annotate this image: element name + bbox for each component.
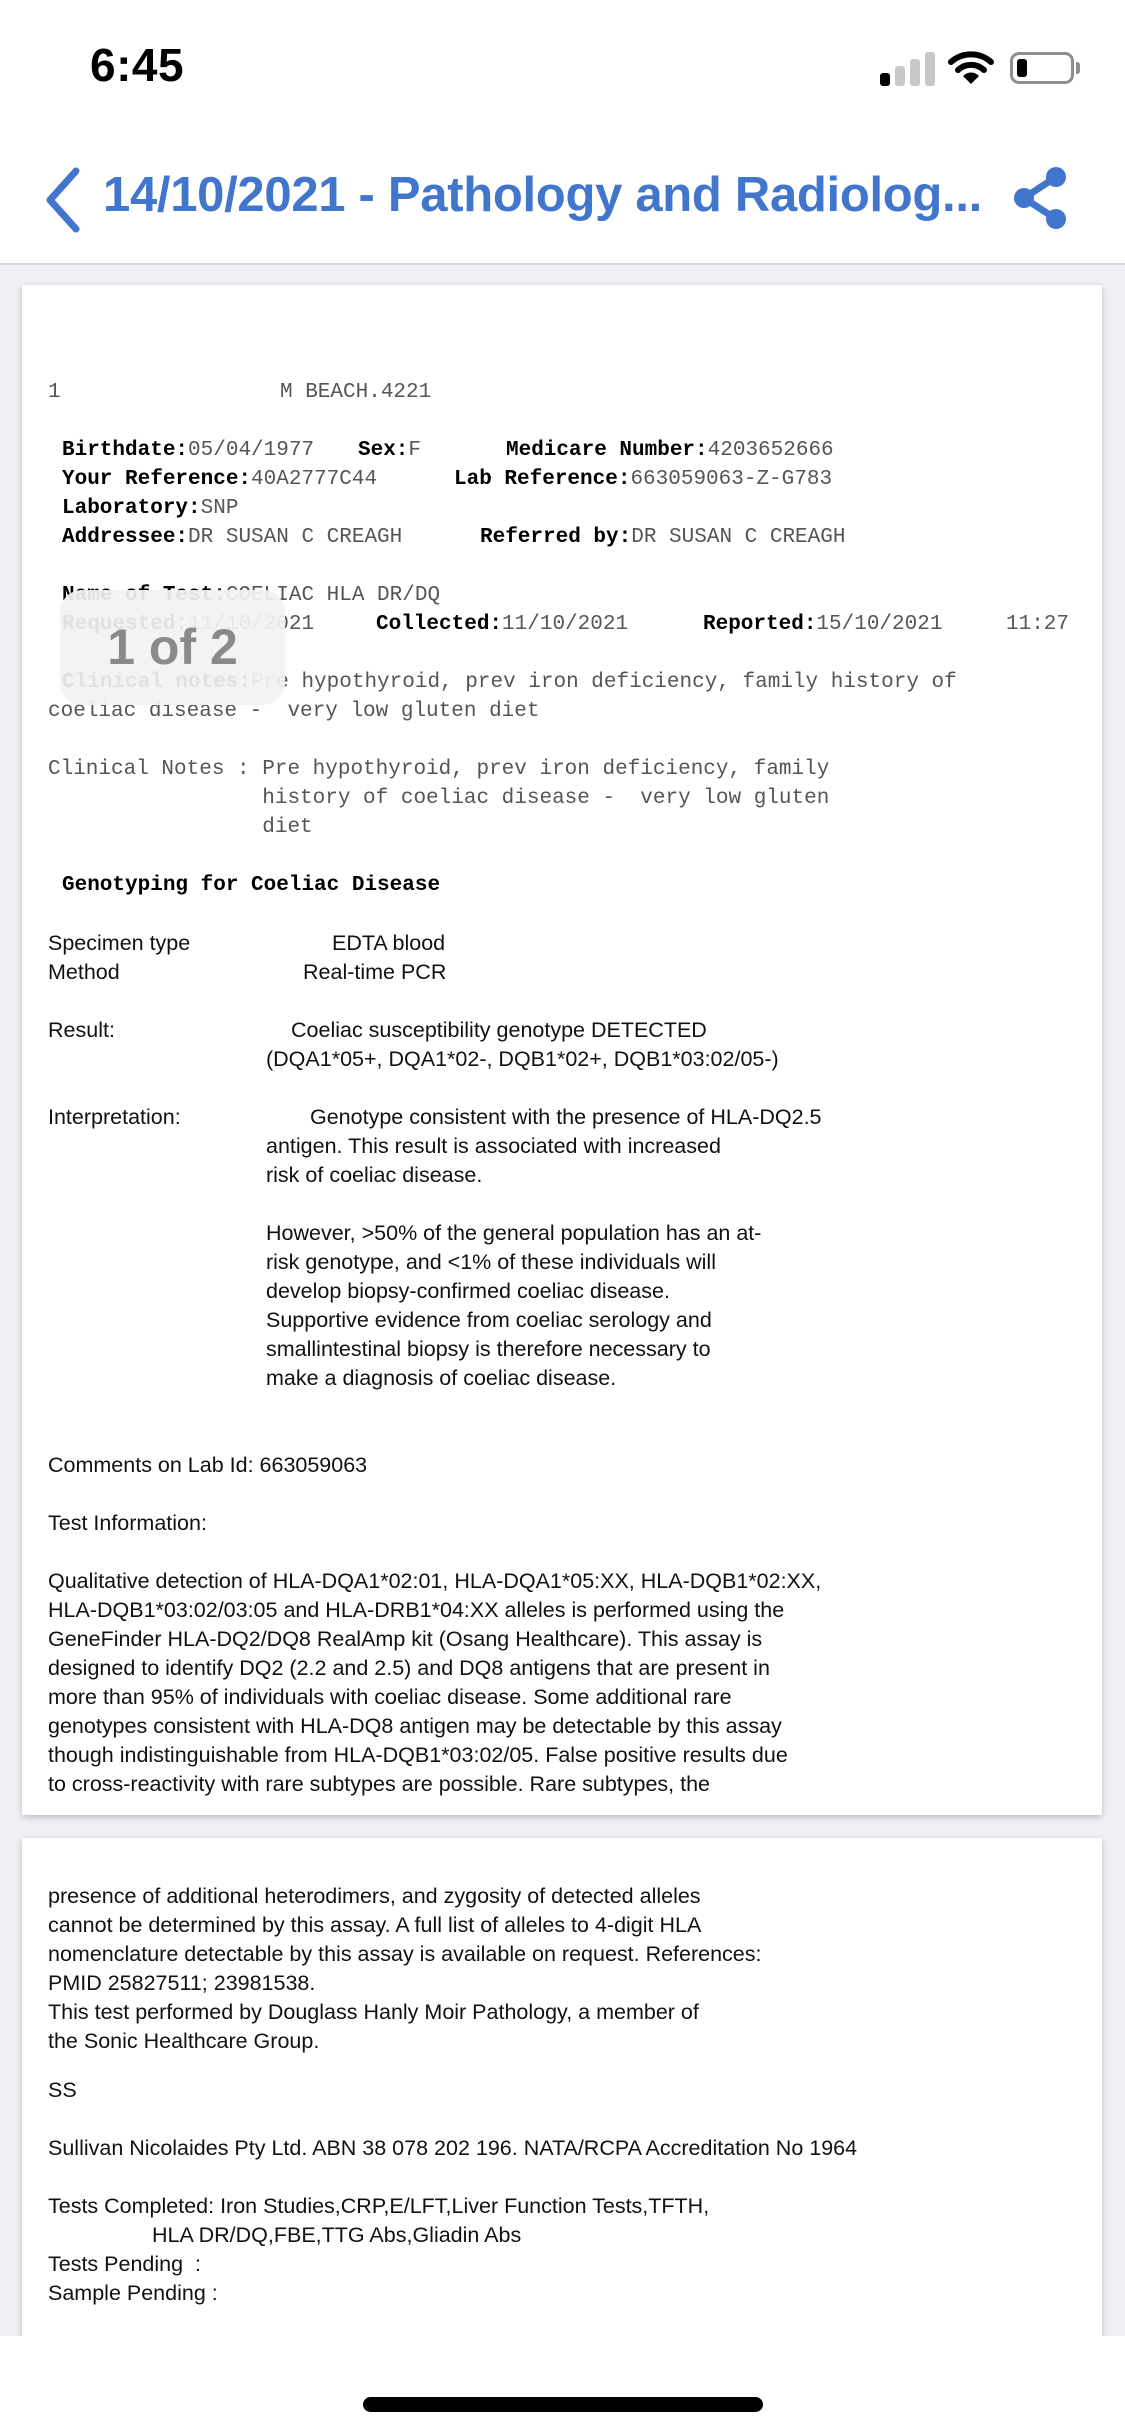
clinical-notes-2-line: history of coeliac disease - very low gl… <box>48 784 829 813</box>
result-line: (DQA1*05+, DQA1*02-, DQB1*02+, DQB1*03:0… <box>266 1045 779 1074</box>
collected-row: Collected:11/10/2021 <box>376 610 628 639</box>
method-value: Real-time PCR <box>303 958 446 987</box>
text-line: the Sonic Healthcare Group. <box>48 2027 319 2056</box>
reported-row: Reported:15/10/2021 <box>703 610 942 639</box>
text-line: Qualitative detection of HLA-DQA1*02:01,… <box>48 1567 821 1596</box>
specimen-value: EDTA blood <box>332 929 445 958</box>
battery-icon <box>1010 52 1074 84</box>
page-title: 14/10/2021 - Pathology and Radiolog... <box>103 167 982 223</box>
tests-completed-continued: HLA DR/DQ,FBE,TTG Abs,Gliadin Abs <box>152 2221 521 2250</box>
text-line: Genotype consistent with the presence of… <box>310 1103 822 1132</box>
sex-value: F <box>408 439 421 462</box>
text-line: more than 95% of individuals with coelia… <box>48 1683 732 1712</box>
battery-level <box>1017 59 1027 77</box>
collected-value: 11/10/2021 <box>502 613 628 636</box>
comments-lab-id: Comments on Lab Id: 663059063 <box>48 1451 367 1480</box>
birthdate-value: 05/04/1977 <box>188 439 314 462</box>
text-line: cannot be determined by this assay. A fu… <box>48 1911 701 1940</box>
status-time: 6:45 <box>90 38 184 92</box>
specimen-label: Specimen type <box>48 929 190 958</box>
reported-label: Reported: <box>703 613 816 636</box>
text-line: antigen. This result is associated with … <box>266 1132 721 1161</box>
medicare-value: 4203652666 <box>708 439 834 462</box>
text-line: to cross-reactivity with rare subtypes a… <box>48 1770 710 1799</box>
cellular-signal-icon <box>880 52 936 86</box>
birthdate-label: Birthdate: <box>62 439 188 462</box>
clinical-notes-2-line: diet <box>48 813 313 842</box>
tests-completed: Tests Completed: Iron Studies,CRP,E/LFT,… <box>48 2192 709 2221</box>
chevron-left-icon[interactable] <box>40 165 90 235</box>
document-page-2: presence of additional heterodimers, and… <box>22 1838 1102 2336</box>
lab-reference-value: 663059063-Z-G783 <box>630 468 832 491</box>
tests-pending: Tests Pending : <box>48 2250 201 2279</box>
home-indicator[interactable] <box>363 2397 763 2412</box>
text-line: This test performed by Douglass Hanly Mo… <box>48 1998 699 2027</box>
sex-row: Sex:F <box>358 436 421 465</box>
text-line: nomenclature detectable by this assay is… <box>48 1940 762 1969</box>
collected-label: Collected: <box>376 613 502 636</box>
text-line: designed to identify DQ2 (2.2 and 2.5) a… <box>48 1654 770 1683</box>
text-line: presence of additional heterodimers, and… <box>48 1882 701 1911</box>
initials: SS <box>48 2076 77 2105</box>
reported-value: 15/10/2021 <box>816 613 942 636</box>
wifi-icon <box>948 50 994 86</box>
reported-time: 11:27 <box>1006 610 1069 639</box>
your-reference-value: 40A2777C44 <box>251 468 377 491</box>
addressee-value: DR SUSAN C CREAGH <box>188 526 402 549</box>
text-line: risk genotype, and <1% of these individu… <box>266 1248 716 1277</box>
lab-reference-row: Lab Reference:663059063-Z-G783 <box>454 465 832 494</box>
section-title: Genotyping for Coeliac Disease <box>62 871 440 900</box>
address-fragment-left: 1 <box>48 378 61 407</box>
text-line: make a diagnosis of coeliac disease. <box>266 1364 616 1393</box>
addressee-row: Addressee:DR SUSAN C CREAGH <box>62 523 402 552</box>
status-bar: 6:45 <box>0 0 1125 135</box>
lab-reference-label: Lab Reference: <box>454 468 630 491</box>
laboratory-label: Laboratory: <box>62 497 201 520</box>
page-counter-badge: 1 of 2 <box>60 590 285 705</box>
your-reference-row: Your Reference:40A2777C44 <box>62 465 377 494</box>
text-line: GeneFinder HLA-DQ2/DQ8 RealAmp kit (Osan… <box>48 1625 762 1654</box>
battery-cap <box>1076 62 1080 74</box>
birthdate-row: Birthdate:05/04/1977 <box>62 436 314 465</box>
text-line: HLA-DQB1*03:02/03:05 and HLA-DRB1*04:XX … <box>48 1596 784 1625</box>
home-area <box>0 2336 1125 2436</box>
text-line: PMID 25827511; 23981538. <box>48 1969 315 1998</box>
sex-label: Sex: <box>358 439 408 462</box>
clinical-notes-2-line: Clinical Notes : Pre hypothyroid, prev i… <box>48 755 829 784</box>
laboratory-row: Laboratory:SNP <box>62 494 238 523</box>
referred-by-value: DR SUSAN C CREAGH <box>631 526 845 549</box>
company-info: Sullivan Nicolaides Pty Ltd. ABN 38 078 … <box>48 2134 857 2163</box>
navigation-bar: 14/10/2021 - Pathology and Radiolog... <box>0 135 1125 265</box>
addressee-label: Addressee: <box>62 526 188 549</box>
interpretation-label: Interpretation: <box>48 1103 181 1132</box>
share-icon[interactable] <box>1010 165 1070 231</box>
laboratory-value: SNP <box>201 497 239 520</box>
method-label: Method <box>48 958 120 987</box>
text-line: though indistinguishable from HLA-DQB1*0… <box>48 1741 788 1770</box>
text-line: develop biopsy-confirmed coeliac disease… <box>266 1277 670 1306</box>
referred-by-label: Referred by: <box>480 526 631 549</box>
test-information-label: Test Information: <box>48 1509 207 1538</box>
text-line: Supportive evidence from coeliac serolog… <box>266 1306 712 1335</box>
text-line: smallintestinal biopsy is therefore nece… <box>266 1335 711 1364</box>
text-line: However, >50% of the general population … <box>266 1219 761 1248</box>
result-label: Result: <box>48 1016 115 1045</box>
clinical-notes-value: Pre hypothyroid, prev iron deficiency, f… <box>251 671 957 694</box>
document-page-1: 1 M BEACH.4221 Birthdate:05/04/1977 Sex:… <box>22 285 1102 1815</box>
medicare-row: Medicare Number:4203652666 <box>506 436 834 465</box>
medicare-label: Medicare Number: <box>506 439 708 462</box>
document-viewer[interactable]: 1 M BEACH.4221 Birthdate:05/04/1977 Sex:… <box>0 265 1125 2336</box>
your-reference-label: Your Reference: <box>62 468 251 491</box>
referred-by-row: Referred by:DR SUSAN C CREAGH <box>480 523 845 552</box>
sample-pending: Sample Pending : <box>48 2279 218 2308</box>
result-line: Coeliac susceptibility genotype DETECTED <box>291 1016 707 1045</box>
text-line: risk of coeliac disease. <box>266 1161 482 1190</box>
address-fragment-right: M BEACH.4221 <box>280 378 431 407</box>
text-line: genotypes consistent with HLA-DQ8 antige… <box>48 1712 782 1741</box>
